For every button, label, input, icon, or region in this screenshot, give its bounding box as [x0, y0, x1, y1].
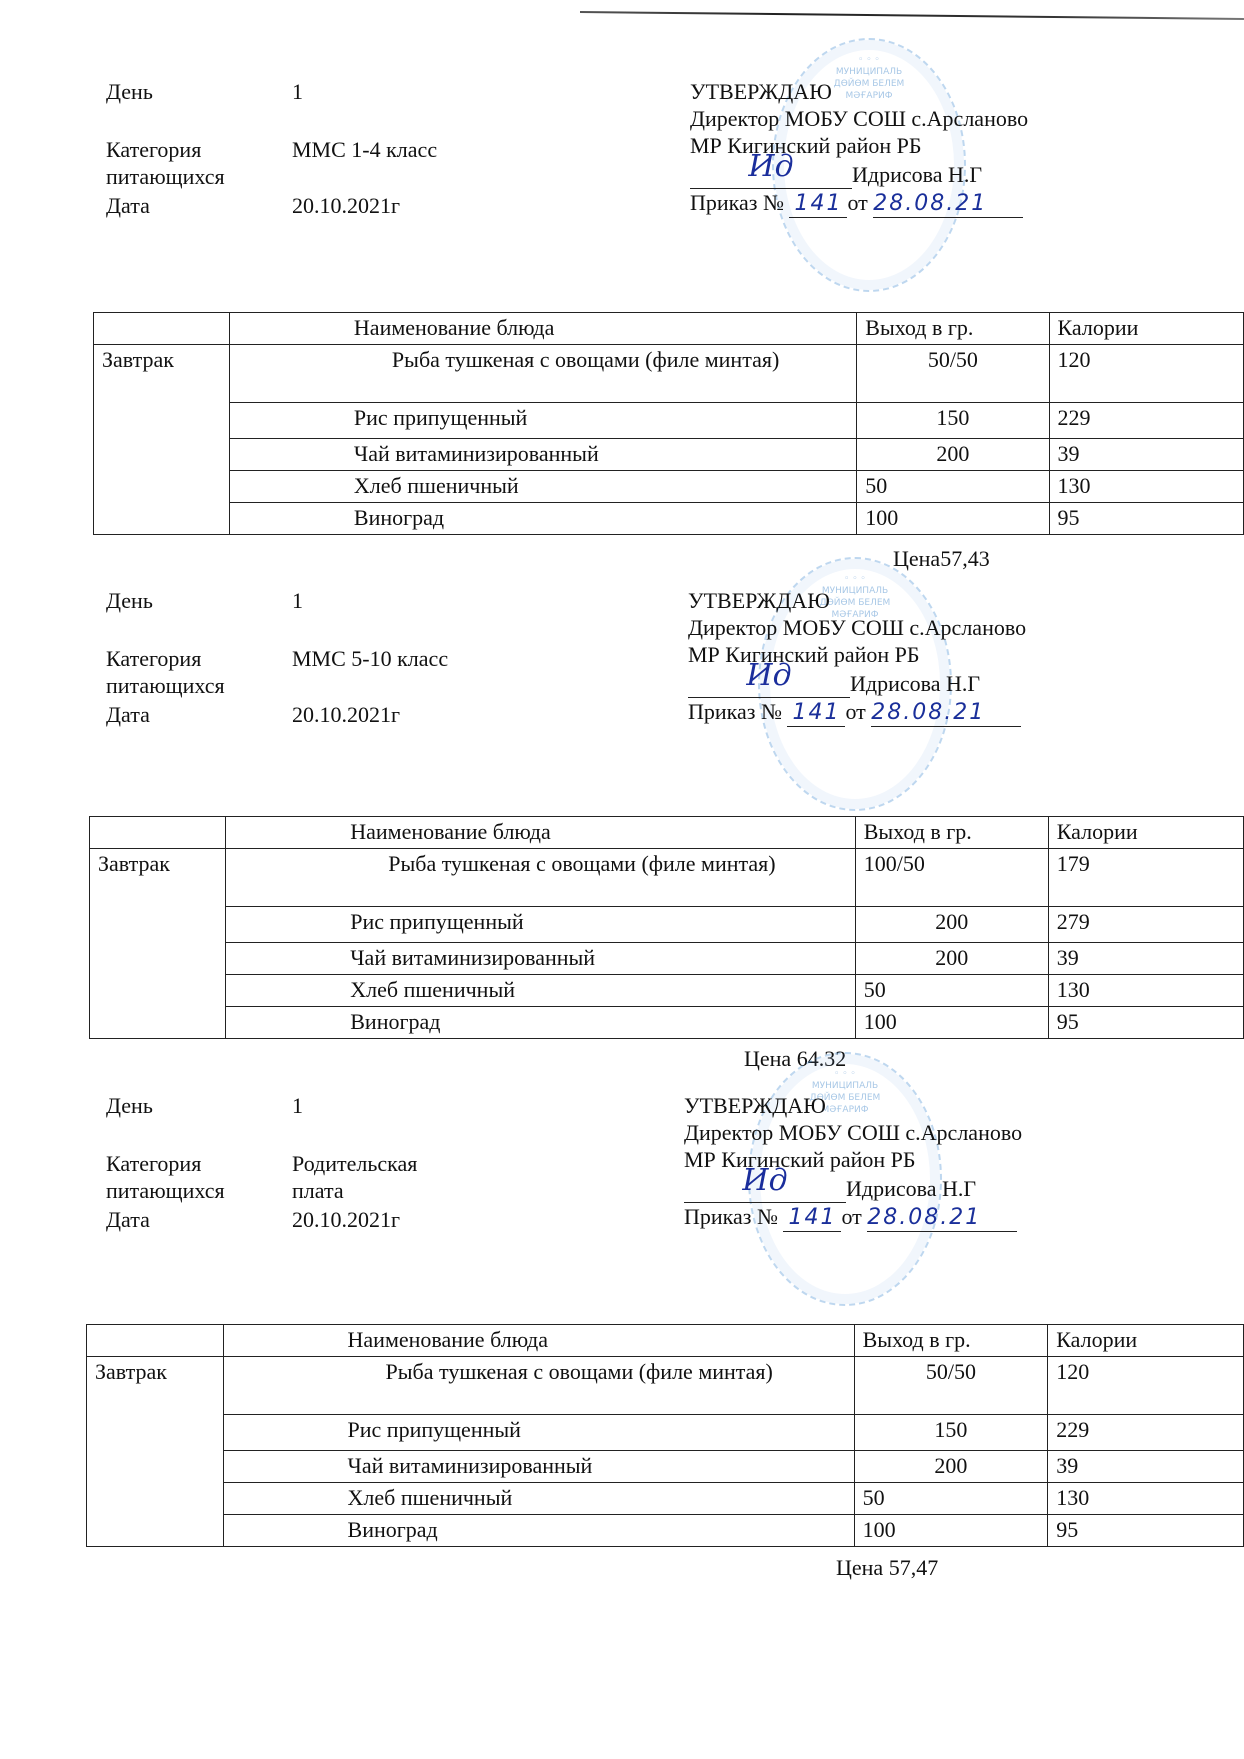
day-label: День	[106, 587, 286, 614]
dish-yield: 200	[855, 907, 1048, 943]
table-row: Чай витаминизированный 200 39	[90, 943, 1244, 975]
price-label: Цена57,43	[893, 546, 990, 572]
table-row: Завтрак Рыба тушкеная с овощами (филе ми…	[87, 1357, 1244, 1415]
dish-name: Чай витаминизированный	[226, 943, 855, 975]
menu-table: Наименование блюда Выход в гр. Калории З…	[86, 1324, 1244, 1547]
price-label: Цена 57,47	[836, 1555, 938, 1581]
order-label: Приказ №	[690, 190, 784, 215]
dish-yield: 50	[855, 975, 1048, 1007]
column-header-dish: Наименование блюда	[223, 1325, 854, 1357]
order-date: 28.08.21	[873, 191, 987, 216]
dish-name: Чай витаминизированный	[223, 1451, 854, 1483]
order-line: Приказ № 141от 28.08.21	[690, 189, 1028, 218]
signer-name: Идрисова Н.Г	[852, 162, 982, 187]
day-value: 1	[292, 1092, 492, 1119]
approval-block: УТВЕРЖДАЮ Директор МОБУ СОШ с.Арсланово …	[684, 1092, 1022, 1232]
dish-name: Рыба тушкеная с овощами (филе минтая)	[229, 345, 856, 403]
approval-line-district: МР Кигинский район РБ	[690, 132, 1028, 159]
column-header-calories: Калории	[1049, 313, 1244, 345]
order-line: Приказ № 141от 28.08.21	[684, 1203, 1022, 1232]
order-label: Приказ №	[688, 699, 782, 724]
approval-block: УТВЕРЖДАЮ Директор МОБУ СОШ с.Арсланово …	[688, 587, 1026, 727]
meal-name: Завтрак	[90, 849, 226, 1039]
date-label: Дата	[106, 1206, 286, 1233]
approval-block: УТВЕРЖДАЮ Директор МОБУ СОШ с.Арсланово …	[690, 78, 1028, 218]
dish-yield: 100	[857, 503, 1049, 535]
dish-yield: 100	[854, 1515, 1048, 1547]
signer-name: Идрисова Н.Г	[846, 1176, 976, 1201]
column-header-yield: Выход в гр.	[855, 817, 1048, 849]
menu-table: Наименование блюда Выход в гр. Калории З…	[93, 312, 1244, 535]
order-date: 28.08.21	[867, 1205, 981, 1230]
column-header-meal	[90, 817, 226, 849]
dish-calories: 120	[1048, 1357, 1244, 1415]
approval-line-district: МР Кигинский район РБ	[684, 1146, 1022, 1173]
dish-yield: 50	[857, 471, 1049, 503]
day-value: 1	[292, 587, 492, 614]
order-date: 28.08.21	[871, 700, 985, 725]
table-row: Завтрак Рыба тушкеная с овощами (филе ми…	[90, 849, 1244, 907]
table-row: Виноград 100 95	[87, 1515, 1244, 1547]
signature-icon: Ид	[748, 149, 793, 184]
table-row: Завтрак Рыба тушкеная с овощами (филе ми…	[94, 345, 1244, 403]
table-header-row: Наименование блюда Выход в гр. Калории	[90, 817, 1244, 849]
column-header-dish: Наименование блюда	[229, 313, 856, 345]
signature-icon: Ид	[746, 658, 791, 693]
day-value: 1	[292, 78, 492, 105]
dish-calories: 229	[1049, 403, 1244, 439]
price-label: Цена 64.32	[744, 1046, 846, 1072]
order-number: 141	[788, 1205, 836, 1230]
approval-title: УТВЕРЖДАЮ	[688, 587, 1026, 614]
column-header-calories: Калории	[1048, 817, 1243, 849]
dish-calories: 39	[1048, 1451, 1244, 1483]
dish-name: Хлеб пшеничный	[223, 1483, 854, 1515]
dish-yield: 200	[857, 439, 1049, 471]
order-number: 141	[792, 700, 840, 725]
signature-line: ИдИдрисова Н.Г	[690, 159, 1028, 189]
dish-yield: 200	[854, 1451, 1048, 1483]
column-header-calories: Калории	[1048, 1325, 1244, 1357]
dish-name: Рыба тушкеная с овощами (филе минтая)	[223, 1357, 854, 1415]
order-from: от	[847, 190, 867, 215]
table-row: Рис припущенный 200 279	[90, 907, 1244, 943]
dish-yield: 100	[855, 1007, 1048, 1039]
dish-yield: 50	[854, 1483, 1048, 1515]
signer-name: Идрисова Н.Г	[850, 671, 980, 696]
dish-calories: 95	[1049, 503, 1244, 535]
table-row: Рис припущенный 150 229	[94, 403, 1244, 439]
category-value: ММС 5-10 класс	[292, 645, 492, 672]
dish-yield: 50/50	[854, 1357, 1048, 1415]
table-header-row: Наименование блюда Выход в гр. Калории	[94, 313, 1244, 345]
dish-calories: 279	[1048, 907, 1243, 943]
order-label: Приказ №	[684, 1204, 778, 1229]
dish-yield: 200	[855, 943, 1048, 975]
dish-calories: 120	[1049, 345, 1244, 403]
date-label: Дата	[106, 192, 286, 219]
dish-calories: 39	[1048, 943, 1243, 975]
signature-icon: Ид	[742, 1163, 787, 1198]
order-from: от	[845, 699, 865, 724]
dish-name: Рис припущенный	[223, 1415, 854, 1451]
column-header-meal	[94, 313, 230, 345]
category-label: Категорияпитающихся	[106, 645, 286, 699]
approval-title: УТВЕРЖДАЮ	[690, 78, 1028, 105]
date-value: 20.10.2021г	[292, 192, 492, 219]
table-row: Виноград 100 95	[94, 503, 1244, 535]
dish-calories: 130	[1048, 1483, 1244, 1515]
table-row: Хлеб пшеничный 50 130	[94, 471, 1244, 503]
table-row: Хлеб пшеничный 50 130	[87, 1483, 1244, 1515]
date-value: 20.10.2021г	[292, 701, 492, 728]
table-row: Чай витаминизированный 200 39	[87, 1451, 1244, 1483]
table-row: Виноград 100 95	[90, 1007, 1244, 1039]
category-value: ММС 1-4 класс	[292, 136, 492, 163]
dish-name: Рыба тушкеная с овощами (филе минтая)	[226, 849, 855, 907]
order-number: 141	[794, 191, 842, 216]
table-row: Чай витаминизированный 200 39	[94, 439, 1244, 471]
dish-yield: 150	[854, 1415, 1048, 1451]
meal-name: Завтрак	[94, 345, 230, 535]
dish-calories: 130	[1048, 975, 1243, 1007]
signature-line: ИдИдрисова Н.Г	[684, 1173, 1022, 1203]
dish-name: Виноград	[229, 503, 856, 535]
dish-yield: 100/50	[855, 849, 1048, 907]
category-label: Категорияпитающихся	[106, 136, 286, 190]
date-label: Дата	[106, 701, 286, 728]
dish-calories: 95	[1048, 1007, 1243, 1039]
scan-edge-line	[580, 11, 1244, 20]
table-row: Хлеб пшеничный 50 130	[90, 975, 1244, 1007]
signature-line: ИдИдрисова Н.Г	[688, 668, 1026, 698]
dish-name: Хлеб пшеничный	[229, 471, 856, 503]
dish-calories: 39	[1049, 439, 1244, 471]
column-header-yield: Выход в гр.	[857, 313, 1049, 345]
dish-yield: 150	[857, 403, 1049, 439]
column-header-yield: Выход в гр.	[854, 1325, 1048, 1357]
order-from: от	[841, 1204, 861, 1229]
dish-calories: 179	[1048, 849, 1243, 907]
approval-line-director: Директор МОБУ СОШ с.Арсланово	[690, 105, 1028, 132]
category-label: Категорияпитающихся	[106, 1150, 286, 1204]
dish-name: Чай витаминизированный	[229, 439, 856, 471]
dish-name: Виноград	[223, 1515, 854, 1547]
category-value: Родительскаяплата	[292, 1150, 492, 1204]
approval-line-director: Директор МОБУ СОШ с.Арсланово	[688, 614, 1026, 641]
approval-line-director: Директор МОБУ СОШ с.Арсланово	[684, 1119, 1022, 1146]
menu-table: Наименование блюда Выход в гр. Калории З…	[89, 816, 1244, 1039]
dish-calories: 130	[1049, 471, 1244, 503]
dish-name: Виноград	[226, 1007, 855, 1039]
dish-name: Рис припущенный	[229, 403, 856, 439]
day-label: День	[106, 78, 286, 105]
date-value: 20.10.2021г	[292, 1206, 492, 1233]
day-label: День	[106, 1092, 286, 1119]
dish-name: Хлеб пшеничный	[226, 975, 855, 1007]
approval-title: УТВЕРЖДАЮ	[684, 1092, 1022, 1119]
dish-calories: 229	[1048, 1415, 1244, 1451]
approval-line-district: МР Кигинский район РБ	[688, 641, 1026, 668]
order-line: Приказ № 141от 28.08.21	[688, 698, 1026, 727]
column-header-dish: Наименование блюда	[226, 817, 855, 849]
table-header-row: Наименование блюда Выход в гр. Калории	[87, 1325, 1244, 1357]
dish-name: Рис припущенный	[226, 907, 855, 943]
table-row: Рис припущенный 150 229	[87, 1415, 1244, 1451]
meal-name: Завтрак	[87, 1357, 224, 1547]
column-header-meal	[87, 1325, 224, 1357]
dish-calories: 95	[1048, 1515, 1244, 1547]
dish-yield: 50/50	[857, 345, 1049, 403]
